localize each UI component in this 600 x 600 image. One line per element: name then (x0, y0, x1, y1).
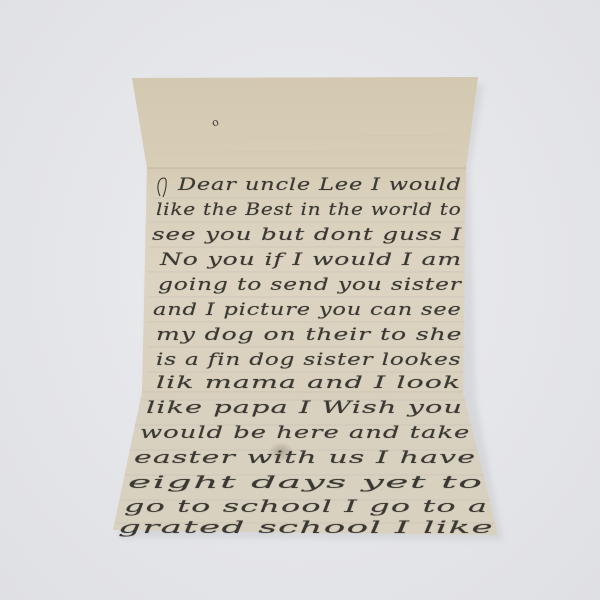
letter-line: going to send you sister (158, 275, 462, 295)
letter-line: see you but dont guss I (152, 225, 462, 245)
letter-text: Dear uncle Lee I would like the Best in … (0, 0, 600, 600)
letter-line: like the Best in the world to (156, 200, 461, 220)
letter-line: easter with us I have (134, 448, 476, 468)
letter-line: No you if I would I am (160, 250, 462, 270)
letter-line: go to school I go to a (124, 497, 488, 517)
letter-line: like papa I Wish you (146, 398, 463, 418)
letter-line: would be here and take (140, 423, 470, 443)
letter-line: grated school I like (118, 518, 494, 538)
letter-line: eight days yet to (128, 473, 483, 493)
letter-line: and I picture you can see (153, 300, 462, 320)
letter-line: my dog on their to she (156, 325, 462, 345)
letter-line: is a fin dog sister lookes (156, 350, 461, 370)
letter-line: lik mama and I look (156, 373, 461, 393)
letter-line: Dear uncle Lee I would (178, 175, 462, 195)
